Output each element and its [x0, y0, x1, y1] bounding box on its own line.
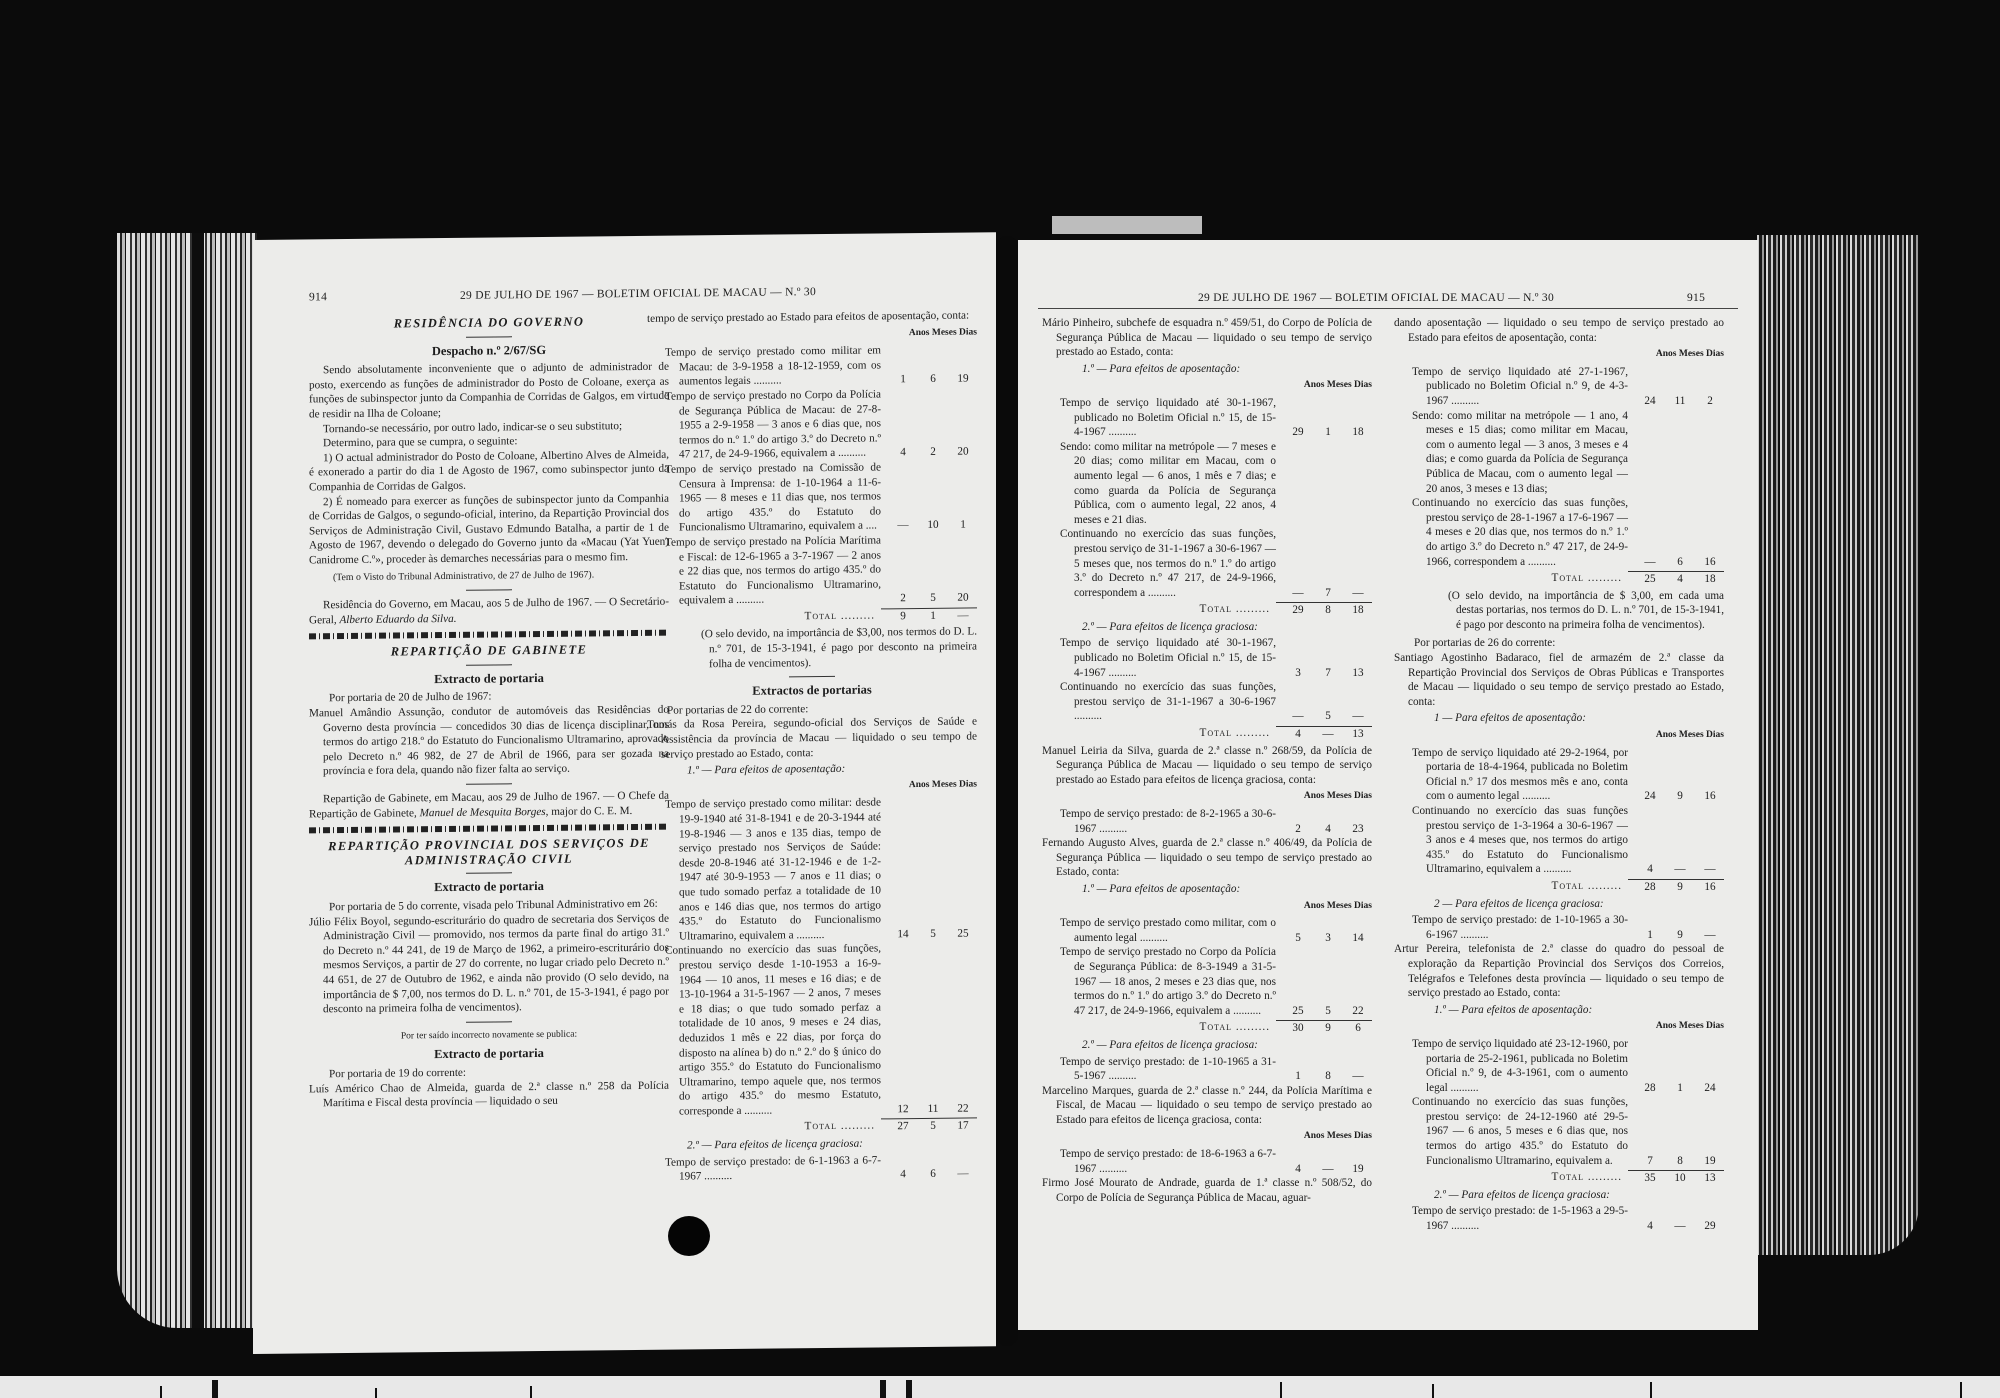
decorative-border: [309, 824, 669, 834]
visto-note: (Tem o Visto do Tribunal Administrativo,…: [309, 567, 669, 585]
table-row: Tempo de serviço prestado no Corpo da Po…: [1042, 945, 1372, 1018]
columns-header: Anos Meses Dias: [1394, 728, 1724, 743]
table-row: Tempo de serviço prestado: de 1-5-1963 a…: [1394, 1204, 1724, 1233]
row-description: Tempo de serviço prestado como militar, …: [1060, 916, 1276, 945]
anos-value: 4: [1636, 862, 1664, 877]
anos-value: 3: [1284, 666, 1312, 681]
meses-value: 5: [919, 1119, 947, 1134]
row-description: Continuando no exercício das suas funçõe…: [665, 942, 881, 1119]
row-description: Tempo de serviço prestado: de 18-6-1963 …: [1060, 1147, 1276, 1176]
anos-value: 4: [889, 445, 917, 460]
meses-value: 1: [919, 609, 947, 624]
table-row: Sendo: como militar na metrópole — 7 mes…: [1042, 440, 1372, 528]
paragraph: Manuel Amândio Assunção, condutor de aut…: [309, 703, 669, 780]
dias-value: 6: [1344, 1021, 1372, 1036]
columns-header: Anos Meses Dias: [1042, 1129, 1372, 1144]
dias-value: 14: [1344, 931, 1372, 946]
anos-value: 29: [1284, 603, 1312, 618]
row-description: Sendo: como militar na metrópole — 7 mes…: [1060, 440, 1276, 528]
meses-value: 5: [1314, 1004, 1342, 1019]
section-title: REPARTIÇÃO DE GABINETE: [309, 642, 669, 660]
dias-value: 13: [1344, 727, 1372, 742]
row-description: Tempo de serviço liquidado até 27-1-1967…: [1412, 365, 1628, 409]
paragraph: Júlio Félix Boyol, segundo-escriturário …: [309, 911, 669, 1017]
dias-value: 1: [949, 518, 977, 533]
row-description: Tempo de serviço prestado no Corpo da Po…: [665, 387, 881, 462]
meses-value: 1: [1666, 1081, 1694, 1096]
table-row: Tempo de serviço prestado como militar: …: [647, 795, 977, 944]
book-page-edges-right: [1757, 235, 1919, 1255]
row-description: Tempo de serviço prestado como militar: …: [665, 796, 881, 944]
table-row: Continuando no exercício das suas funçõe…: [1042, 527, 1372, 600]
meses-value: 5: [1314, 709, 1342, 724]
dias-value: —: [1344, 1069, 1372, 1084]
row-description: Tempo de serviço prestado no Corpo da Po…: [1060, 945, 1276, 1018]
dias-value: 16: [1696, 880, 1724, 895]
dias-value: 16: [1696, 789, 1724, 804]
dias-value: 29: [1696, 1219, 1724, 1234]
anos-value: 24: [1636, 394, 1664, 409]
dias-value: 20: [949, 591, 977, 606]
extractos-title: Extractos de portarias: [647, 682, 977, 700]
dias-value: 25: [949, 926, 977, 941]
total-label: Total .........: [1200, 602, 1271, 618]
dias-value: 18: [1696, 572, 1724, 587]
columns-header: Anos Meses Dias: [1042, 789, 1372, 804]
anos-value: 4: [1636, 1219, 1664, 1234]
subsection-title: 2.º — Para efeitos de licença graciosa:: [1042, 620, 1372, 635]
meses-value: 10: [919, 518, 947, 533]
dias-value: —: [1344, 586, 1372, 601]
table-row: Tempo de serviço prestado na Polícia Mar…: [647, 532, 977, 608]
right-page: 29 DE JULHO DE 1967 — BOLETIM OFICIAL DE…: [1018, 240, 1758, 1330]
meses-value: 7: [1314, 666, 1342, 681]
page-number: 914: [309, 291, 327, 303]
section-title: RESIDÊNCIA DO GOVERNO: [309, 314, 669, 332]
total-row: Total .........3096: [1042, 1020, 1372, 1036]
subsection-title: 2.º — Para efeitos de licença graciosa:: [1394, 1188, 1724, 1203]
meses-value: —: [1314, 727, 1342, 742]
columns-header: Anos Meses Dias: [1394, 347, 1724, 362]
meses-value: —: [1666, 1219, 1694, 1234]
anos-value: —: [889, 518, 917, 533]
meses-value: 9: [1666, 789, 1694, 804]
anos-value: 25: [1284, 1004, 1312, 1019]
meses-value: —: [1314, 1162, 1342, 1177]
right-page-column-1: Mário Pinheiro, subchefe de esquadra n.º…: [1042, 316, 1372, 1205]
table-row: Tempo de serviço prestado: de 1-10-1965 …: [1042, 1055, 1372, 1084]
anos-value: 1: [1284, 1069, 1312, 1084]
anos-value: 2: [889, 591, 917, 606]
paragraph: Manuel Leiria da Silva, guarda de 2.ª cl…: [1042, 744, 1372, 788]
row-description: Tempo de serviço prestado: de 1-10-1965 …: [1412, 913, 1628, 942]
subsection-title: 1.º — Para efeitos de aposentação:: [647, 761, 977, 779]
anos-value: 5: [1284, 931, 1312, 946]
book-spine: [996, 236, 1018, 1346]
dias-value: 22: [1344, 1004, 1372, 1019]
table-row: Continuando no exercício das suas funçõe…: [1394, 1095, 1724, 1168]
row-description: Continuando no exercício das suas funçõe…: [1412, 804, 1628, 877]
dias-value: —: [949, 608, 977, 623]
table-row: Continuando no exercício das suas funçõe…: [1394, 496, 1724, 569]
total-row: Total .........4—13: [1042, 726, 1372, 742]
total-label: Total .........: [1552, 879, 1623, 895]
service-table: Tempo de serviço prestado como militar e…: [647, 343, 977, 609]
meses-value: 6: [919, 372, 947, 387]
anos-value: 4: [1284, 1162, 1312, 1177]
republish-note: Por ter saído incorrecto novamente se pu…: [309, 1026, 669, 1044]
subsection-title: 2 — Para efeitos de licença graciosa:: [1394, 897, 1724, 912]
signatory-name: Manuel de Mesquita Borges: [420, 806, 546, 819]
row-description: Tempo de serviço prestado como militar e…: [665, 344, 881, 390]
row-description: Continuando no exercício das suas funçõe…: [1412, 1095, 1628, 1168]
anos-value: 1: [1636, 928, 1664, 943]
running-head: 29 DE JULHO DE 1967 — BOLETIM OFICIAL DE…: [460, 286, 816, 302]
anos-value: 28: [1636, 880, 1664, 895]
anos-value: 14: [889, 927, 917, 942]
meses-value: 9: [1314, 1021, 1342, 1036]
anos-value: 9: [889, 609, 917, 624]
despacho-title: Despacho n.º 2/67/SG: [309, 341, 669, 359]
anos-value: 30: [1284, 1021, 1312, 1036]
total-row: Total .........91—: [647, 607, 977, 626]
paragraph: 2) É nomeado para exercer as funções de …: [309, 491, 669, 568]
total-label: Total .........: [1552, 1170, 1623, 1186]
total-row: Total .........91—: [647, 607, 977, 626]
subsection-title: 2.º — Para efeitos de licença graciosa:: [1042, 1038, 1372, 1053]
service-table: Tempo de serviço prestado como militar: …: [647, 795, 977, 1120]
columns-header: Anos Meses Dias: [1042, 899, 1372, 914]
signatory-name: Alberto Eduardo da Silva.: [339, 613, 456, 626]
row-description: Continuando no exercício das suas funçõe…: [1060, 527, 1276, 600]
anos-value: 27: [889, 1120, 917, 1135]
anos-value: 4: [889, 1167, 917, 1182]
section-title: REPARTIÇÃO PROVINCIAL DOS SERVIÇOS DE AD…: [309, 836, 669, 869]
row-description: Tempo de serviço prestado: de 1-5-1963 a…: [1412, 1204, 1628, 1233]
meses-value: 11: [919, 1102, 947, 1117]
extracto-title: Extracto de portaria: [309, 878, 669, 896]
paragraph: Luís Américo Chao de Almeida, guarda de …: [309, 1078, 669, 1111]
meses-value: 8: [1314, 1069, 1342, 1084]
subsection-title: 1 — Para efeitos de aposentação:: [1394, 711, 1724, 726]
total-row: Total .........25418: [1394, 571, 1724, 587]
table-row: Tempo de serviço liquidado até 30-1-1967…: [1042, 636, 1372, 680]
row-description: Tempo de serviço liquidado até 29-2-1964…: [1412, 746, 1628, 804]
table-row: Sendo: como militar na metrópole — 1 ano…: [1394, 409, 1724, 497]
anos-value: —: [1636, 555, 1664, 570]
paragraph: Santiago Agostinho Badaraco, fiel de arm…: [1394, 651, 1724, 709]
left-page-column-2: tempo de serviço prestado ao Estado para…: [647, 308, 977, 1184]
meses-value: 10: [1666, 1171, 1694, 1186]
dias-value: 19: [1344, 1162, 1372, 1177]
table-row: Tempo de serviço prestado como militar, …: [1042, 916, 1372, 945]
anos-value: 24: [1636, 789, 1664, 804]
anos-value: 4: [1284, 727, 1312, 742]
dias-value: 13: [1696, 1171, 1724, 1186]
meses-value: 11: [1666, 394, 1694, 409]
dias-value: 16: [1696, 555, 1724, 570]
meses-value: —: [1666, 862, 1694, 877]
total-label: Total .........: [1200, 1020, 1271, 1036]
dias-value: 19: [949, 372, 977, 387]
subsection-title: 2.º — Para efeitos de licença graciosa:: [647, 1135, 977, 1153]
meses-value: 5: [919, 926, 947, 941]
dias-value: 13: [1344, 666, 1372, 681]
anos-value: 29: [1284, 425, 1312, 440]
meses-value: 9: [1666, 880, 1694, 895]
meses-value: 4: [1314, 822, 1342, 837]
table-row: Tempo de serviço liquidado até 29-2-1964…: [1394, 746, 1724, 804]
total-row: Total .........27517: [647, 1118, 977, 1137]
total-row: Total .........28916: [1394, 879, 1724, 895]
row-description: Tempo de serviço liquidado até 23-12-196…: [1412, 1037, 1628, 1095]
anos-value: 35: [1636, 1171, 1664, 1186]
meses-value: 6: [1666, 555, 1694, 570]
paragraph: tempo de serviço prestado ao Estado para…: [647, 308, 977, 326]
table-row: Continuando no exercício das suas funçõe…: [1394, 804, 1724, 877]
dias-value: 18: [1344, 425, 1372, 440]
book-page-edges-left: [117, 233, 257, 1328]
total-label: Total .........: [805, 1119, 876, 1135]
total-label: Total .........: [1552, 571, 1623, 587]
row-description: Tempo de serviço prestado: de 8-2-1965 a…: [1060, 807, 1276, 836]
dias-value: —: [1344, 709, 1372, 724]
table-row: Tempo de serviço prestado no Corpo da Po…: [647, 386, 977, 462]
paragraph: Por portarias de 26 do corrente:: [1394, 636, 1724, 651]
service-table: Tempo de serviço prestado: de 6-1-1963 a…: [647, 1152, 977, 1185]
paragraph: 1) O actual administrador do Posto de Co…: [309, 447, 669, 495]
meses-value: 1: [1314, 425, 1342, 440]
extracto-title: Extracto de portaria: [309, 670, 669, 688]
dias-value: —: [1696, 928, 1724, 943]
table-row: Continuando no exercício das suas funçõe…: [647, 941, 977, 1120]
running-head: 29 DE JULHO DE 1967 — BOLETIM OFICIAL DE…: [1198, 292, 1554, 304]
table-row: Tempo de serviço prestado: de 1-10-1965 …: [1394, 913, 1724, 942]
table-row: Tempo de serviço prestado na Comissão de…: [647, 459, 977, 535]
page-number: 915: [1687, 292, 1705, 304]
subsection-title: 1.º — Para efeitos de aposentação:: [1042, 362, 1372, 377]
paper-slip: [1052, 216, 1202, 234]
subsection-title: 1.º — Para efeitos de aposentação:: [1042, 882, 1372, 897]
table-row: Continuando no exercício das suas funçõe…: [1042, 680, 1372, 724]
total-label: Total .........: [1200, 726, 1271, 742]
meses-value: 6: [919, 1167, 947, 1182]
columns-header: Anos Meses Dias: [647, 325, 977, 343]
dias-value: 24: [1696, 1081, 1724, 1096]
table-row: Tempo de serviço liquidado até 30-1-1967…: [1042, 396, 1372, 440]
paragraph: Firmo José Mourato de Andrade, guarda de…: [1042, 1176, 1372, 1205]
anos-value: 12: [889, 1102, 917, 1117]
dias-value: —: [949, 1167, 977, 1182]
scanner-bed-strip: [0, 1376, 2000, 1398]
meses-value: 5: [919, 591, 947, 606]
left-page: 914 29 DE JULHO DE 1967 — BOLETIM OFICIA…: [253, 232, 996, 1354]
dias-value: 20: [949, 445, 977, 460]
paragraph: dando aposentação — liquidado o seu temp…: [1394, 316, 1724, 345]
ink-blot: [668, 1216, 710, 1256]
paragraph: Fernando Augusto Alves, guarda de 2.ª cl…: [1042, 836, 1372, 880]
meses-value: 2: [919, 445, 947, 460]
row-description: Tempo de serviço prestado na Comissão de…: [665, 460, 881, 535]
total-label: Total .........: [805, 608, 876, 624]
anos-value: 2: [1284, 822, 1312, 837]
table-row: Tempo de serviço liquidado até 23-12-196…: [1394, 1037, 1724, 1095]
paragraph: Marcelino Marques, guarda de 2.ª classe …: [1042, 1084, 1372, 1128]
row-description: Tempo de serviço prestado: de 6-1-1963 a…: [665, 1153, 881, 1184]
subsection-title: 1.º — Para efeitos de aposentação:: [1394, 1003, 1724, 1018]
dias-value: 2: [1696, 394, 1724, 409]
table-row: Tempo de serviço prestado: de 18-6-1963 …: [1042, 1147, 1372, 1176]
dias-value: —: [1696, 862, 1724, 877]
columns-header: Anos Meses Dias: [647, 777, 977, 795]
decorative-border: [309, 630, 669, 640]
row-description: Continuando no exercício das suas funçõe…: [1060, 680, 1276, 724]
anos-value: 28: [1636, 1081, 1664, 1096]
dias-value: 23: [1344, 822, 1372, 837]
selo-note: (O selo devido, na importância de $ 3,00…: [1394, 589, 1724, 633]
meses-value: 9: [1666, 928, 1694, 943]
dias-value: 17: [949, 1119, 977, 1134]
left-page-column-1: RESIDÊNCIA DO GOVERNO Despacho n.º 2/67/…: [309, 312, 669, 1111]
signature: Residência do Governo, em Macau, aos 5 d…: [309, 595, 669, 628]
table-row: Tempo de serviço liquidado até 27-1-1967…: [1394, 365, 1724, 409]
total-row: Total .........29818: [1042, 602, 1372, 618]
row-description: Sendo: como militar na metrópole — 1 ano…: [1412, 409, 1628, 497]
paragraph: Sendo absolutamente inconveniente que o …: [309, 360, 669, 422]
anos-value: —: [1284, 709, 1312, 724]
signature: Repartição de Gabinete, em Macau, aos 29…: [309, 789, 669, 822]
meses-value: 8: [1666, 1154, 1694, 1169]
anos-value: 7: [1636, 1154, 1664, 1169]
paragraph: Artur Pereira, telefonista de 2.ª classe…: [1394, 942, 1724, 1000]
selo-note: (O selo devido, na importância de $3,00,…: [647, 625, 977, 672]
dias-value: 18: [1344, 603, 1372, 618]
anos-value: 25: [1636, 572, 1664, 587]
columns-header: Anos Meses Dias: [1394, 1019, 1724, 1034]
row-description: Tempo de serviço liquidado até 30-1-1967…: [1060, 396, 1276, 440]
paragraph: Tomás da Rosa Pereira, segundo-oficial d…: [647, 715, 977, 762]
dias-value: 22: [949, 1101, 977, 1116]
paragraph: Mário Pinheiro, subchefe de esquadra n.º…: [1042, 316, 1372, 360]
meses-value: 8: [1314, 603, 1342, 618]
anos-value: 1: [889, 372, 917, 387]
table-row: Tempo de serviço prestado: de 6-1-1963 a…: [647, 1152, 977, 1185]
meses-value: 4: [1666, 572, 1694, 587]
meses-value: 7: [1314, 586, 1342, 601]
row-description: Continuando no exercício das suas funçõe…: [1412, 496, 1628, 569]
extracto-title: Extracto de portaria: [309, 1045, 669, 1063]
table-row: Tempo de serviço prestado: de 8-2-1965 a…: [1042, 807, 1372, 836]
meses-value: 3: [1314, 931, 1342, 946]
row-description: Tempo de serviço prestado: de 1-10-1965 …: [1060, 1055, 1276, 1084]
total-row: Total .........27517: [647, 1118, 977, 1137]
anos-value: —: [1284, 586, 1312, 601]
row-description: Tempo de serviço liquidado até 30-1-1967…: [1060, 636, 1276, 680]
columns-header: Anos Meses Dias: [1042, 378, 1372, 393]
total-row: Total .........351013: [1394, 1170, 1724, 1186]
dias-value: 19: [1696, 1154, 1724, 1169]
table-row: Tempo de serviço prestado como militar e…: [647, 343, 977, 390]
right-page-column-2: dando aposentação — liquidado o seu temp…: [1394, 316, 1724, 1234]
row-description: Tempo de serviço prestado na Polícia Mar…: [665, 533, 881, 608]
